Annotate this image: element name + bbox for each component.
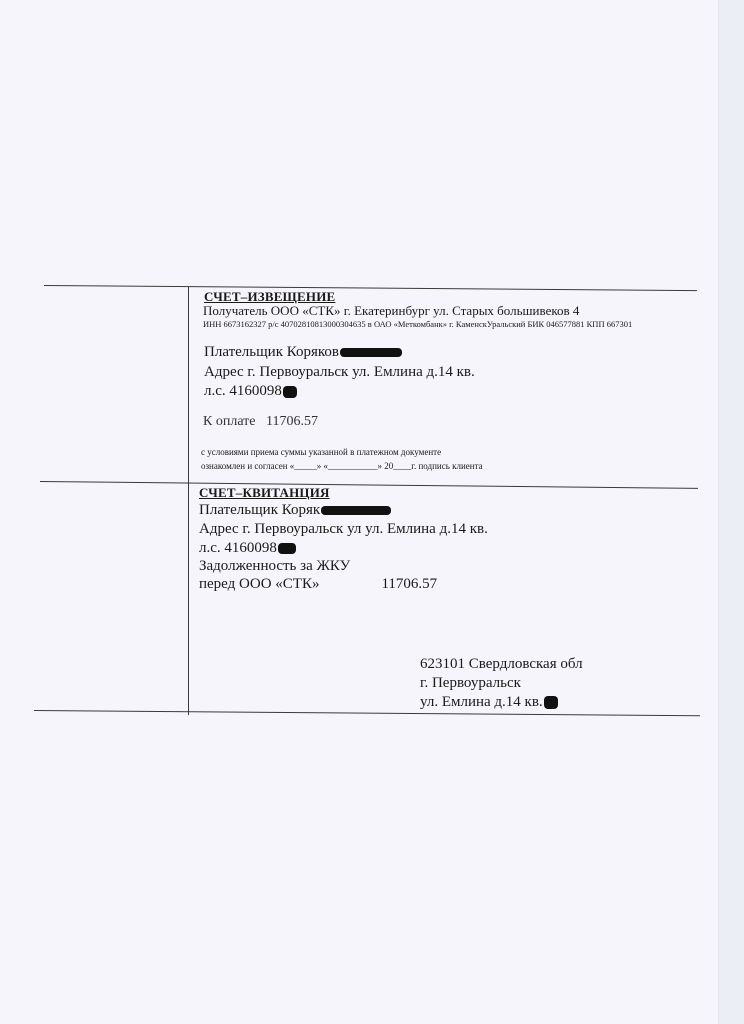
terms-line-2: ознакомлен и согласен «_____» «_________… bbox=[201, 461, 483, 471]
mail-address-line-3: ул. Емлина д.14 кв. bbox=[420, 694, 558, 711]
redacted-mark bbox=[544, 696, 558, 709]
account-number: л.с. 4160098 bbox=[199, 540, 277, 556]
receipt-title: СЧЕТ–КВИТАНЦИЯ bbox=[199, 485, 330, 501]
account: л.с. 4160098 bbox=[204, 383, 297, 400]
divider-middle bbox=[40, 481, 698, 489]
redacted-mark bbox=[283, 386, 297, 398]
terms-line-1: с условиями приема суммы указанной в пла… bbox=[201, 447, 441, 457]
divider-top bbox=[44, 285, 697, 291]
payer-name: Плательщик Коряк bbox=[199, 502, 320, 518]
debt-recipient: перед ООО «СТК» bbox=[199, 576, 319, 592]
debt-line: перед ООО «СТК»11706.57 bbox=[199, 576, 437, 593]
mail-address-line-1: 623101 Свердловская обл bbox=[420, 656, 583, 673]
account-number: л.с. 4160098 bbox=[204, 383, 282, 399]
divider-bottom bbox=[34, 710, 700, 716]
amount-label: К оплате bbox=[203, 414, 256, 429]
redacted-mark bbox=[340, 348, 402, 357]
debt-amount: 11706.57 bbox=[381, 576, 437, 592]
amount-value: 11706.57 bbox=[266, 414, 318, 429]
payer-name: Плательщик Коряков bbox=[204, 344, 339, 360]
bank-details: ИНН 6673162327 р/с 40702810813000304635 … bbox=[203, 319, 632, 329]
receipt-payer: Плательщик Коряк bbox=[199, 502, 391, 519]
receipt-address: Адрес г. Первоуральск ул ул. Емлина д.14… bbox=[199, 521, 488, 538]
scan-page-edge bbox=[718, 0, 744, 1024]
redacted-mark bbox=[278, 543, 296, 554]
street-address: ул. Емлина д.14 кв. bbox=[420, 694, 543, 710]
mail-address-line-2: г. Первоуральск bbox=[420, 675, 521, 692]
column-separator bbox=[188, 287, 189, 715]
address: Адрес г. Первоуральск ул. Емлина д.14 кв… bbox=[204, 364, 475, 381]
debt-label: Задолженность за ЖКУ bbox=[199, 558, 350, 575]
redacted-mark bbox=[321, 506, 391, 515]
receipt-account: л.с. 4160098 bbox=[199, 540, 296, 557]
recipient: Получатель ООО «СТК» г. Екатеринбург ул.… bbox=[203, 303, 579, 319]
amount-due: К оплате 11706.57 bbox=[203, 414, 318, 430]
payer: Плательщик Коряков bbox=[204, 344, 402, 361]
